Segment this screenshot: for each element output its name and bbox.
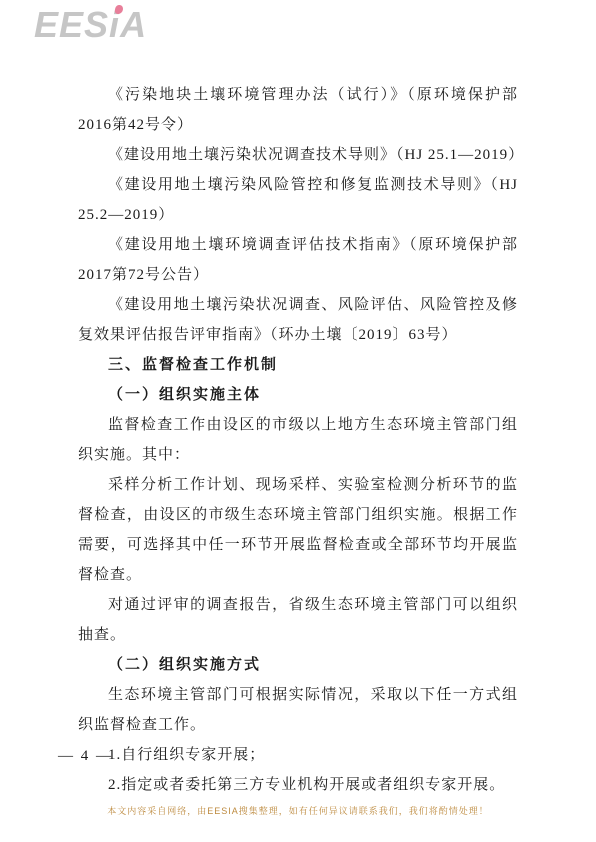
body-paragraph: 监督检查工作由设区的市级以上地方生态环境主管部门组织实施。其中： [78,410,518,470]
numbered-list-item: 2.指定或者委托第三方专业机构开展或者组织专家开展。 [78,770,518,800]
logo-text-post: A [120,4,147,45]
body-paragraph: 生态环境主管部门可根据实际情况，采取以下任一方式组织监督检查工作。 [78,680,518,740]
logo-text-pre: EES [34,4,109,45]
footer-disclaimer: 本文内容采自网络，由EESIA搜集整理，如有任何异议请联系我们，我们将酌情处理！ [0,804,596,817]
body-paragraph: 采样分析工作计划、现场采样、实验室检测分析环节的监督检查，由设区的市级生态环境主… [78,470,518,590]
reference-item: 《污染地块土壤环境管理办法（试行）》（原环境保护部 2016第42号令） [78,80,518,140]
logo-letter-i: i [109,4,120,46]
subsection-heading-2: （二）组织实施方式 [78,650,518,680]
reference-item: 《建设用地土壤污染风险管控和修复监测技术导则》（HJ 25.2—2019） [78,170,518,230]
numbered-list-item: 1.自行组织专家开展； [78,740,518,770]
section-heading: 三、监督检查工作机制 [78,350,518,380]
reference-item: 《建设用地土壤污染状况调查技术导则》（HJ 25.1—2019） [78,140,518,170]
document-body: 《污染地块土壤环境管理办法（试行）》（原环境保护部 2016第42号令） 《建设… [78,80,518,800]
page-number: — 4 — [58,748,113,765]
reference-item: 《建设用地土壤环境调查评估技术指南》（原环境保护部 2017第72号公告） [78,230,518,290]
eesia-logo: EESiA [34,4,147,46]
reference-item: 《建设用地土壤污染状况调查、风险评估、风险管控及修复效果评估报告评审指南》（环办… [78,290,518,350]
body-paragraph: 对通过评审的调查报告，省级生态环境主管部门可以组织抽查。 [78,590,518,650]
subsection-heading-1: （一）组织实施主体 [78,380,518,410]
